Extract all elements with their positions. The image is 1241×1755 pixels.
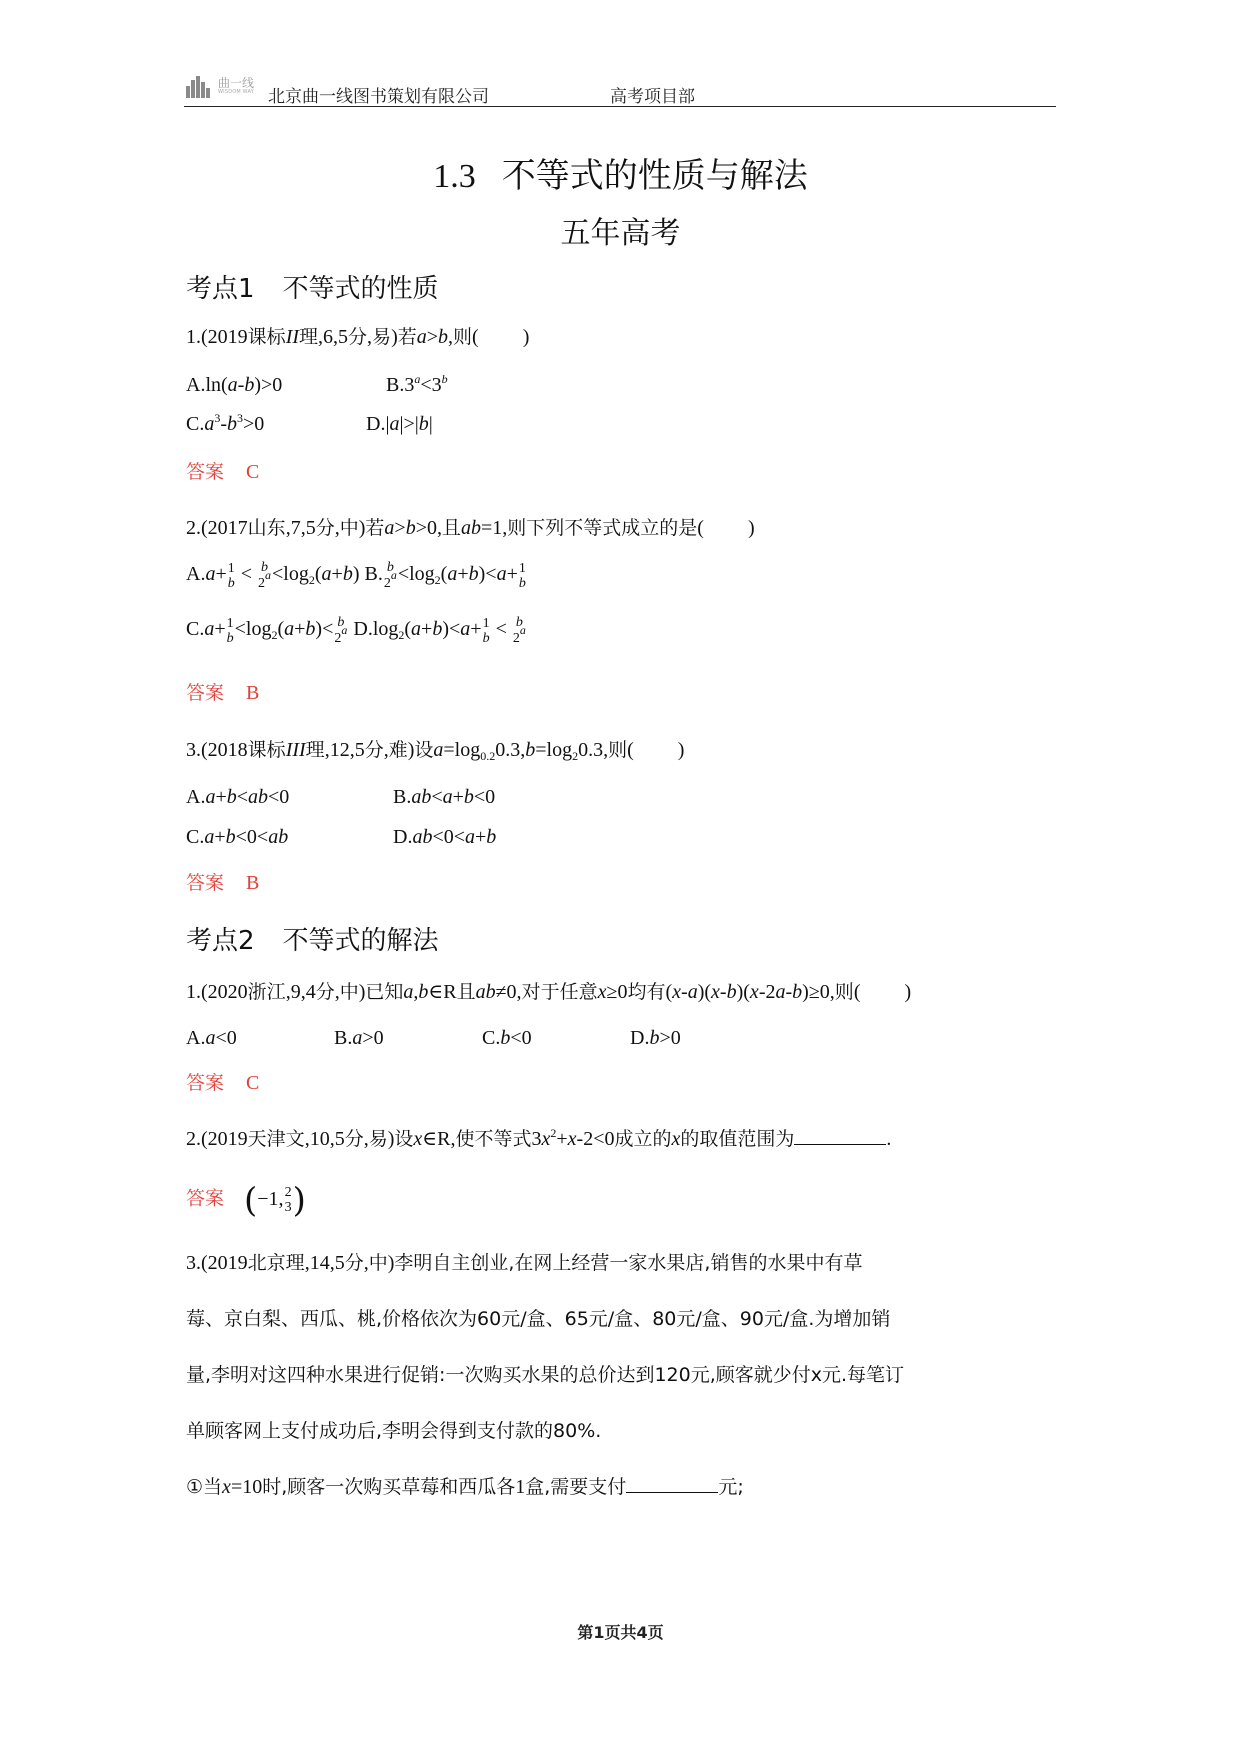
- section-number: 1.3: [433, 158, 476, 195]
- question-text: 莓、京白梨、西瓜、桃,价格依次为60元/盒、65元/盒、80元/盒、90元/盒.…: [186, 1308, 890, 1330]
- section-label: 考点2: [186, 926, 255, 956]
- option-c: C.a3-b3>0: [186, 413, 264, 436]
- option-c: C.b<0: [482, 1027, 532, 1050]
- answer-value: C: [246, 1072, 259, 1094]
- question-2-3-sub-1: ①当x=10时,顾客一次购买草莓和西瓜各1盒,需要支付元;: [186, 1472, 744, 1499]
- header-department: 高考项目部: [610, 82, 695, 107]
- section-heading-2: 考点2不等式的解法: [186, 920, 439, 957]
- answer-label: 答案: [186, 682, 224, 704]
- section-title-text: 不等式的性质: [283, 274, 439, 304]
- question-text: 李明自主创业,在网上经营一家水果店,销售的水果中有草: [394, 1252, 862, 1274]
- section-title-text: 不等式的解法: [283, 926, 439, 956]
- option-b: B.3a<3b: [386, 374, 448, 397]
- page-subtitle: 五年高考: [0, 208, 1241, 252]
- option-a: A.a<0: [186, 1027, 237, 1050]
- section-label: 考点1: [186, 274, 255, 304]
- option-c: C.a+1b<log2(a+b)<b2a D.log2(a+b)<a+1b < …: [186, 615, 527, 646]
- answer-value: B: [246, 682, 259, 704]
- question-2-3-line-4: 单顾客网上支付成功后,李明会得到支付款的80%.: [186, 1416, 601, 1443]
- option-a: A.a+b<ab<0: [186, 786, 289, 809]
- question-source: 1.(2019课标II理,6,5分,易): [186, 326, 398, 348]
- option-a: A.ln(a-b)>0: [186, 374, 282, 397]
- title-text: 不等式的性质与解法: [502, 156, 808, 196]
- answer-2-2: 答案(−1,23): [186, 1180, 306, 1220]
- question-1-3: 3.(2018课标III理,12,5分,难)设a=log0.20.3,b=log…: [186, 735, 684, 762]
- option-d: D.|a|>|b|: [366, 413, 433, 436]
- option-a: A.a+1b < b2a<log2(a+b) B.b2a<log2(a+b)<a…: [186, 560, 527, 591]
- question-text: 单顾客网上支付成功后,李明会得到支付款的80%.: [186, 1420, 601, 1442]
- answer-2-1: 答案C: [186, 1068, 259, 1095]
- header-divider: [184, 106, 1056, 107]
- option-d: D.ab<0<a+b: [393, 826, 496, 849]
- page-title: 1.3不等式的性质与解法: [0, 148, 1241, 197]
- question-2-3-line-3: 量,李明对这四种水果进行促销:一次购买水果的总价达到120元,顾客就少付x元.每…: [186, 1360, 904, 1387]
- question-2-3-line-2: 莓、京白梨、西瓜、桃,价格依次为60元/盒、65元/盒、80元/盒、90元/盒.…: [186, 1304, 890, 1331]
- option-d: D.b>0: [630, 1027, 681, 1050]
- header-company-name: 北京曲一线图书策划有限公司: [268, 82, 489, 107]
- answer-label: 答案: [186, 461, 224, 483]
- answer-value-interval: (−1,23): [244, 1188, 306, 1210]
- bar-chart-logo-icon: [186, 76, 214, 98]
- question-2-2: 2.(2019天津文,10,5分,易)设x∈R,使不等式3x2+x-2<0成立的…: [186, 1124, 891, 1151]
- question-2-3-line-1: 3.(2019北京理,14,5分,中)李明自主创业,在网上经营一家水果店,销售的…: [186, 1248, 862, 1275]
- question-1-1: 1.(2019课标II理,6,5分,易)若a>b,则(): [186, 322, 529, 349]
- answer-1-3: 答案B: [186, 868, 259, 895]
- option-c: C.a+b<0<ab: [186, 826, 288, 849]
- section-heading-1: 考点1不等式的性质: [186, 268, 439, 305]
- answer-1-2: 答案B: [186, 678, 259, 705]
- fill-blank[interactable]: [794, 1126, 886, 1145]
- logo-subtext: WISDOM WAY: [218, 89, 254, 95]
- answer-1-1: 答案C: [186, 457, 259, 484]
- answer-value: B: [246, 872, 259, 894]
- company-logo: 曲一线 WISDOM WAY: [186, 74, 268, 100]
- page-indicator: 第1页共4页: [0, 1620, 1241, 1643]
- answer-label: 答案: [186, 872, 224, 894]
- question-2-1: 1.(2020浙江,9,4分,中)已知a,b∈R且ab≠0,对于任意x≥0均有(…: [186, 977, 911, 1004]
- option-b: B.ab<a+b<0: [393, 786, 495, 809]
- answer-label: 答案: [186, 1188, 224, 1210]
- fill-blank[interactable]: [626, 1474, 718, 1493]
- question-1-2: 2.(2017山东,7,5分,中)若a>b>0,且ab=1,则下列不等式成立的是…: [186, 513, 755, 540]
- answer-value: C: [246, 461, 259, 483]
- option-b: B.a>0: [334, 1027, 384, 1050]
- question-text: 量,李明对这四种水果进行促销:一次购买水果的总价达到120元,顾客就少付x元.每…: [186, 1364, 904, 1386]
- answer-label: 答案: [186, 1072, 224, 1094]
